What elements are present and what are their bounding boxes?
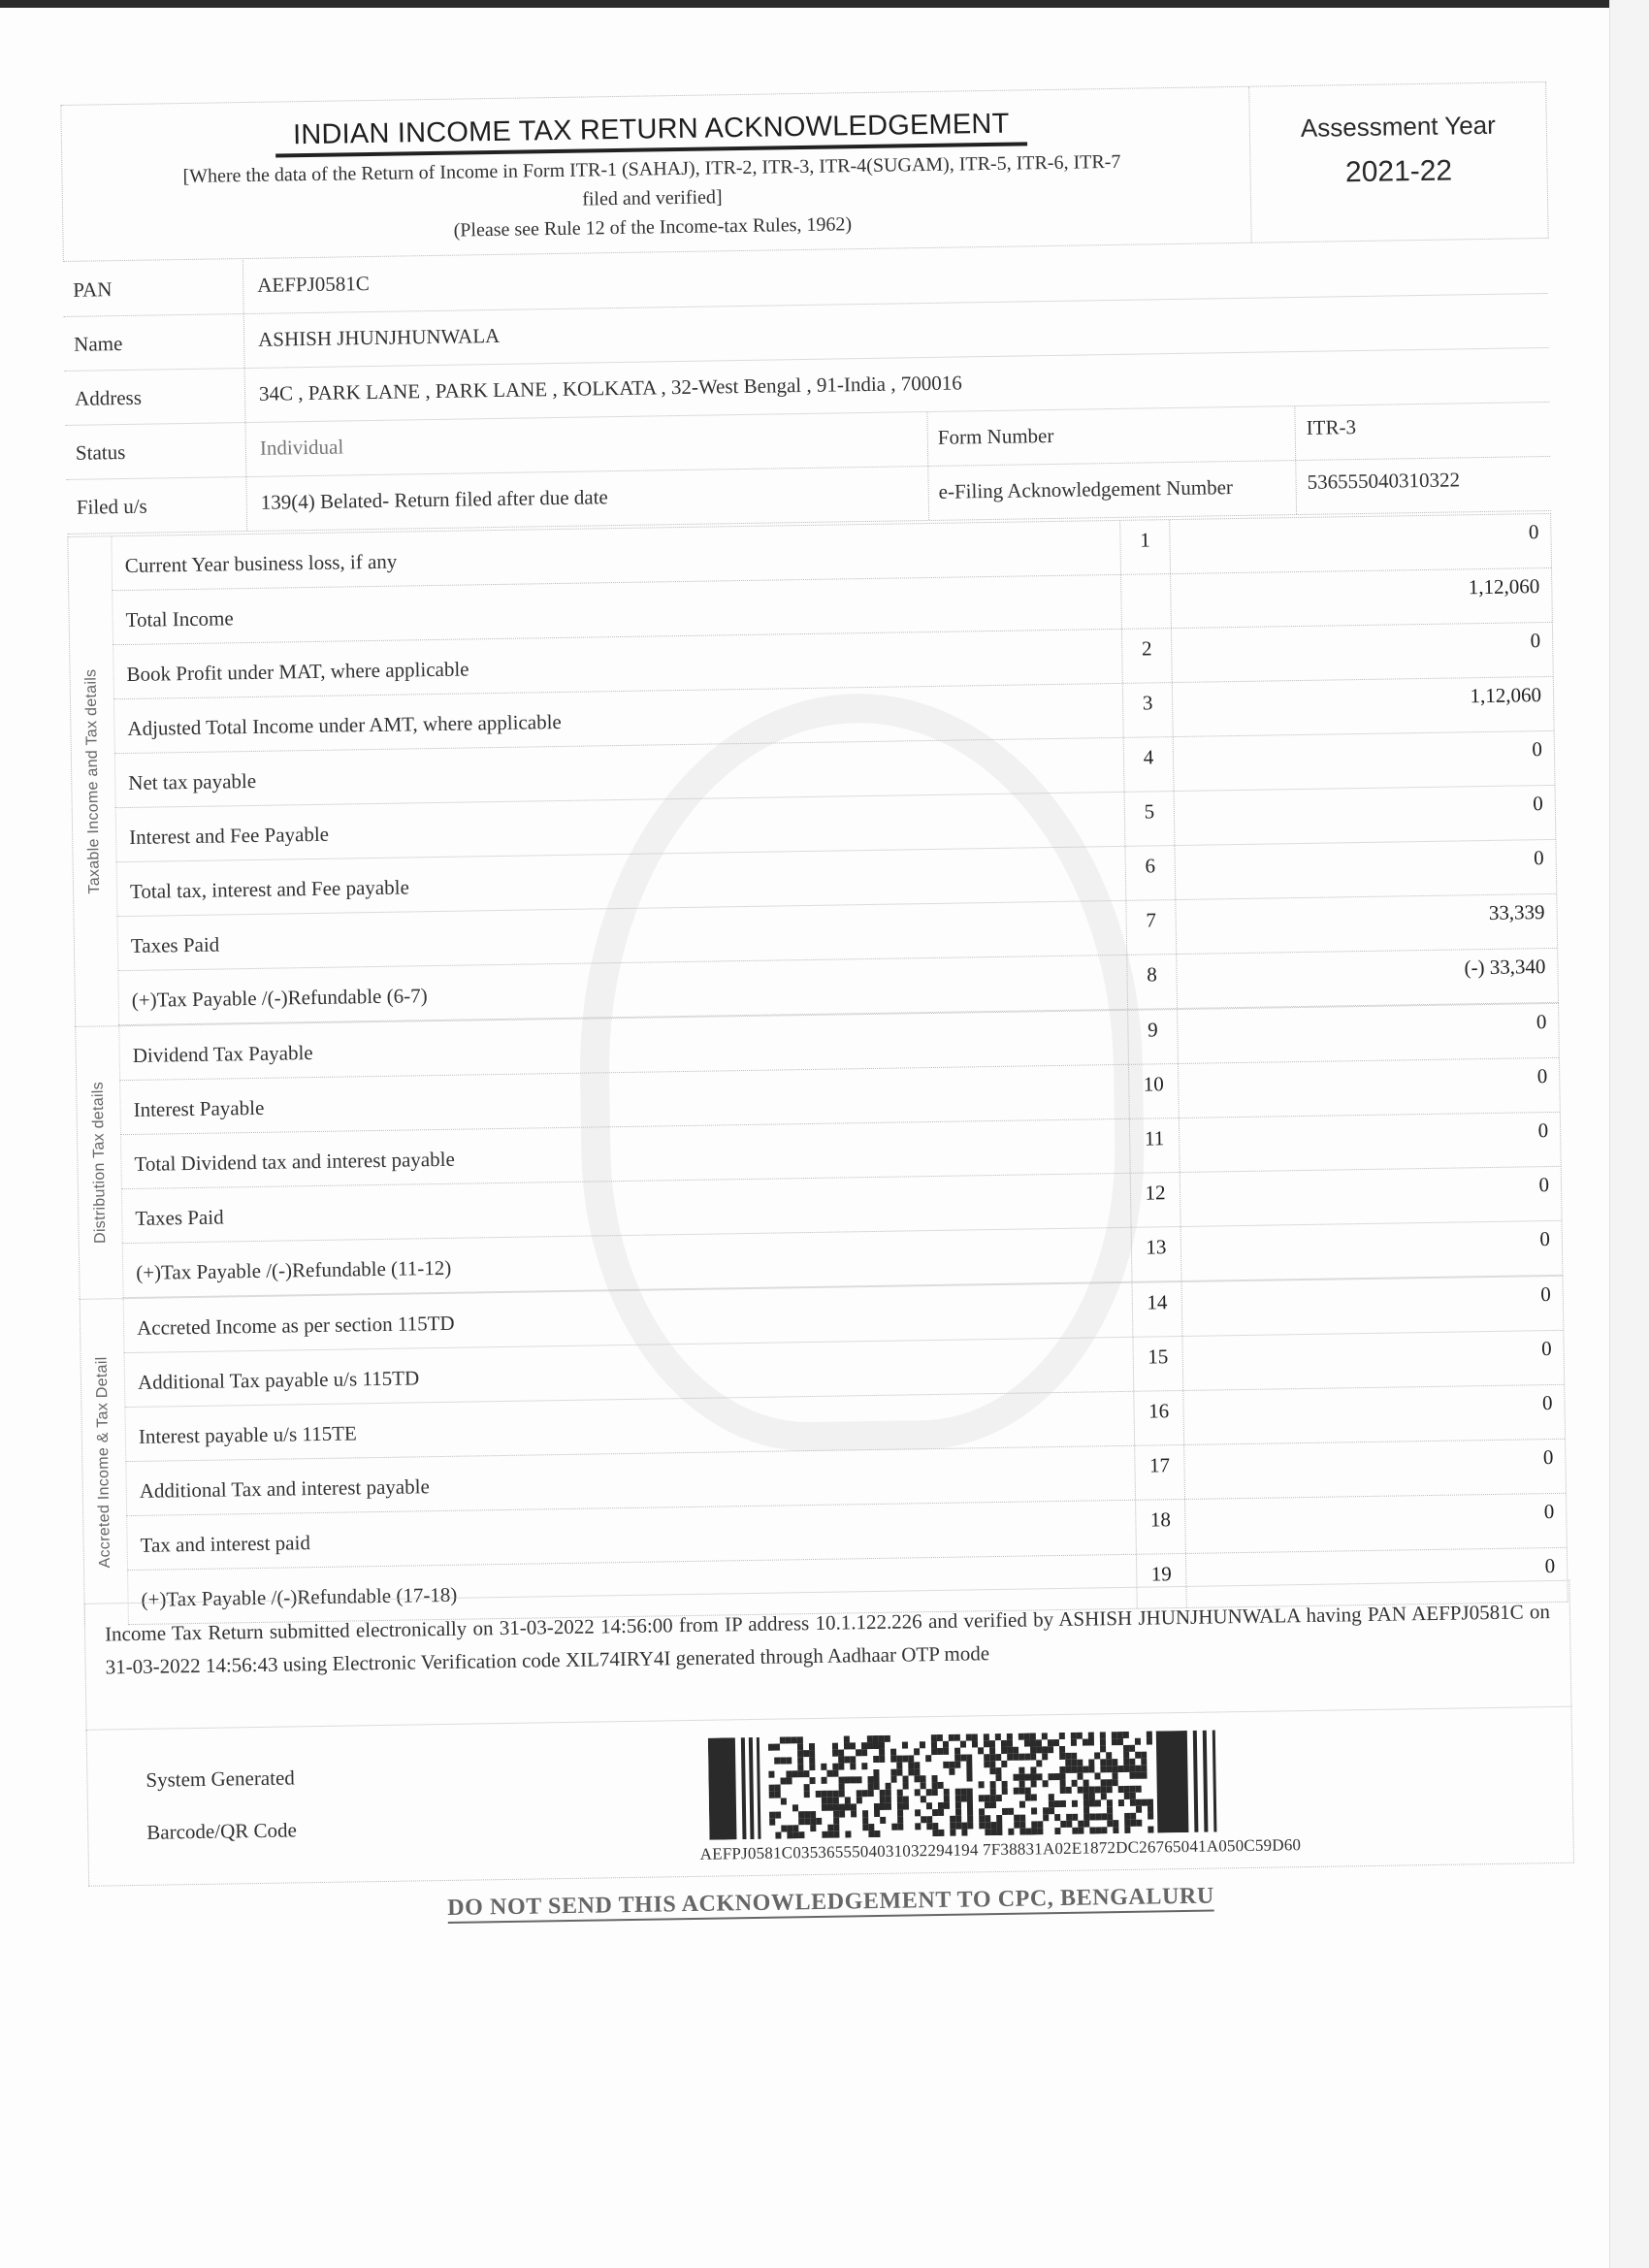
row-value: 0 (1544, 1500, 1555, 1524)
row-value: 0 (1532, 737, 1542, 761)
row-value: 1,12,060 (1469, 574, 1540, 599)
row-value: 0 (1544, 1554, 1555, 1578)
row-value: 0 (1540, 1282, 1551, 1307)
assessment-year-box: Assessment Year 2021-22 (1248, 82, 1547, 243)
footer-note: DO NOT SEND THIS ACKNOWLEDGEMENT TO CPC,… (88, 1878, 1572, 1928)
row-number: 11 (1129, 1118, 1180, 1173)
divider (244, 423, 246, 476)
row-number: 9 (1127, 1010, 1179, 1064)
form-number-value: ITR-3 (1307, 415, 1357, 440)
header: INDIAN INCOME TAX RETURN ACKNOWLEDGEMENT… (60, 81, 1548, 262)
row-label: Current Year business loss, if any (125, 550, 398, 578)
section-title-text: Taxable Income and Tax details (82, 668, 104, 893)
divider (243, 314, 245, 368)
row-number: 6 (1124, 846, 1176, 900)
row-number: 2 (1121, 629, 1173, 683)
divider (1294, 406, 1296, 460)
divider (245, 477, 247, 531)
assessee-info: PAN AEFPJ0581C Name ASHISH JHUNJHUNWALA … (63, 240, 1551, 535)
verification-text: Income Tax Return submitted electronical… (105, 1595, 1551, 1683)
address-label: Address (75, 386, 142, 411)
pan-label: PAN (73, 277, 112, 303)
row-label: (+)Tax Payable /(-)Refundable (6-7) (132, 984, 428, 1013)
row-number: 18 (1135, 1500, 1186, 1554)
section-1: Distribution Tax detailsDividend Tax Pay… (75, 1003, 1563, 1299)
pan-value: AEFPJ0581C (257, 272, 370, 298)
row-number: 17 (1134, 1445, 1185, 1500)
row-label: Interest payable u/s 115TE (139, 1421, 357, 1449)
barcode-icon (708, 1730, 1253, 1840)
title-block: INDIAN INCOME TAX RETURN ACKNOWLEDGEMENT… (61, 87, 1242, 261)
filed-label: Filed u/s (77, 495, 147, 520)
row-value: 0 (1537, 1118, 1548, 1143)
row-value: 33,339 (1489, 900, 1545, 925)
row-number: 15 (1132, 1337, 1183, 1391)
row-value: (-) 33,340 (1464, 955, 1545, 980)
verification-statement: Income Tax Return submitted electronical… (84, 1580, 1572, 1731)
row-label: Additional Tax payable u/s 115TD (138, 1366, 420, 1395)
barcode-label-line-2: Barcode/QR Code (146, 1818, 297, 1844)
row-number: 16 (1133, 1391, 1184, 1445)
row-number: 8 (1126, 955, 1178, 1009)
row-label: Adjusted Total Income under AMT, where a… (127, 710, 562, 741)
row-label: Accreted Income as per section 115TD (137, 1312, 455, 1341)
footer-note-text: DO NOT SEND THIS ACKNOWLEDGEMENT TO CPC,… (447, 1884, 1214, 1924)
row-number: 12 (1130, 1173, 1181, 1227)
barcode-label-line-1: System Generated (145, 1766, 295, 1792)
row-number: 7 (1125, 900, 1177, 955)
row-value: 0 (1541, 1337, 1552, 1361)
scan-edge (0, 0, 1649, 8)
divider (244, 369, 246, 422)
row-label: Dividend Tax Payable (133, 1041, 313, 1068)
row-value: 0 (1543, 1445, 1554, 1470)
section-title-text: Distribution Tax details (89, 1082, 110, 1244)
row-number: 4 (1123, 737, 1175, 792)
barcode-text: AEFPJ0581C0353655504031032294194 7F38831… (700, 1835, 1302, 1864)
row-number: 3 (1122, 683, 1174, 737)
row-label: Taxes Paid (131, 933, 220, 958)
assessment-year-value: 2021-22 (1250, 153, 1546, 191)
divider (1295, 461, 1297, 514)
row-label: Additional Tax and interest payable (140, 1474, 430, 1504)
row-value: 0 (1529, 520, 1539, 544)
row-value: 0 (1538, 1173, 1549, 1197)
row-value: 0 (1533, 792, 1543, 816)
status-label: Status (76, 440, 126, 466)
row-value: 0 (1537, 1064, 1548, 1088)
scan-margin (1609, 0, 1649, 2268)
name-value: ASHISH JHUNJHUNWALA (258, 324, 500, 352)
name-label: Name (74, 332, 123, 357)
section-0: Taxable Income and Tax detailsCurrent Ye… (67, 513, 1559, 1026)
assessment-year-label: Assessment Year (1250, 110, 1546, 145)
row-label: (+)Tax Payable /(-)Refundable (11-12) (136, 1256, 451, 1285)
row-value: 1,12,060 (1470, 683, 1541, 708)
address-value: 34C , PARK LANE , PARK LANE , KOLKATA , … (259, 371, 962, 405)
ack-number-label: e-Filing Acknowledgement Number (939, 475, 1234, 504)
row-value: 0 (1536, 1010, 1547, 1034)
row-label: Total Income (125, 606, 233, 632)
row-number (1120, 574, 1172, 629)
filed-value: 139(4) Belated- Return filed after due d… (261, 485, 608, 515)
section-2: Accreted Income & Tax DetailAccreted Inc… (80, 1276, 1568, 1626)
row-label: Total Dividend tax and interest payable (134, 1148, 455, 1177)
ack-number-value: 536555040310322 (1307, 468, 1460, 494)
tax-details-grid: Taxable Income and Tax detailsCurrent Ye… (67, 513, 1568, 1626)
row-number: 1 (1119, 520, 1171, 574)
status-value: Individual (260, 435, 344, 460)
row-value: 0 (1542, 1391, 1553, 1415)
row-label: Net tax payable (128, 769, 256, 795)
ack-number-cell: e-Filing Acknowledgement Number 53655504… (927, 457, 1552, 520)
form-number-label: Form Number (938, 424, 1054, 450)
row-label: Interest and Fee Payable (129, 823, 329, 850)
divider (242, 260, 244, 313)
section-title: Accreted Income & Tax Detail (81, 1299, 129, 1626)
section-title: Distribution Tax details (76, 1026, 123, 1299)
row-label: Book Profit under MAT, where applicable (126, 657, 469, 687)
row-label: Tax and interest paid (140, 1531, 310, 1558)
page-title: INDIAN INCOME TAX RETURN ACKNOWLEDGEMENT (275, 108, 1027, 157)
section-title-text: Accreted Income & Tax Detail (94, 1356, 114, 1568)
row-value: 0 (1539, 1227, 1550, 1251)
row-value: 0 (1534, 846, 1544, 870)
form-number-cell: Form Number ITR-3 (926, 403, 1551, 466)
row-value: 0 (1530, 629, 1540, 653)
row-number: 5 (1124, 792, 1176, 846)
row-number: 14 (1132, 1282, 1183, 1337)
acknowledgement-page: INDIAN INCOME TAX RETURN ACKNOWLEDGEMENT… (60, 62, 1573, 1953)
row-label: Total tax, interest and Fee payable (130, 875, 409, 904)
row-number: 10 (1128, 1064, 1180, 1118)
row-label: Taxes Paid (135, 1205, 224, 1230)
row-number: 13 (1131, 1227, 1182, 1281)
row-label: Interest Payable (133, 1096, 264, 1122)
barcode-section: System Generated Barcode/QR Code AEFPJ05… (86, 1706, 1574, 1887)
